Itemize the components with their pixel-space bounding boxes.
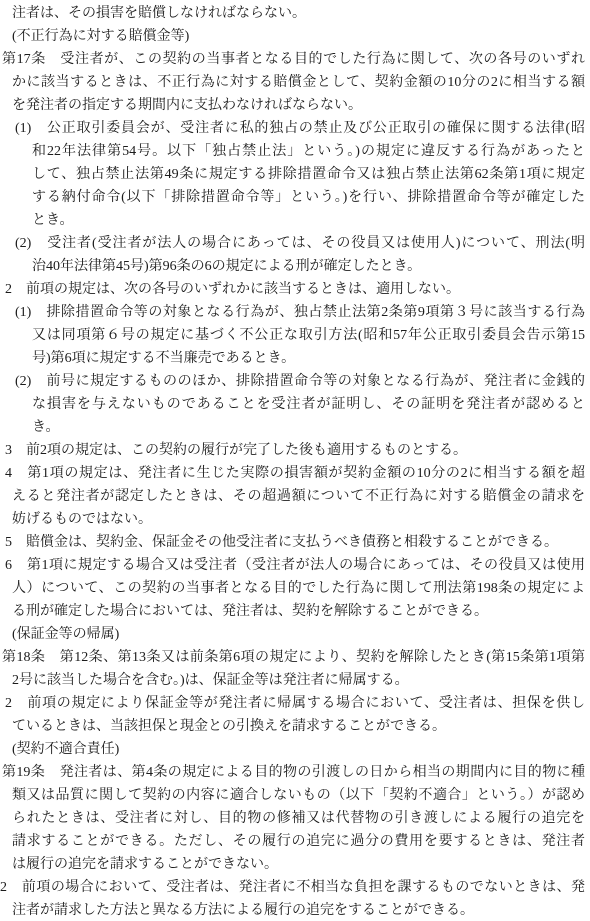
paragraph-continuation-line: えると発注者が認定したときは、その超過額について不正行為に対する賠償金の請求を — [12, 485, 585, 508]
contract-document-page: 注者は、その損害を賠償しなければならない。(不正行為に対する賠償金等)第17条 … — [0, 0, 590, 921]
section-caption-line: (契約不適合責任) — [12, 738, 585, 761]
article-head-line: 第17条 受注者が、この契約の当事者となる目的でした行為に関して、次の各号のいず… — [2, 48, 585, 71]
paragraph-continuation-line: ているときは、当該担保と現金との引換えを請求することができる。 — [12, 715, 585, 738]
numbered-clause-line: 4 第1項の規定は、発注者に生じた実際の損害額が契約金額の10分の2に相当する額… — [5, 462, 585, 485]
paragraph-continuation-line: は履行の追完を請求することができない。 — [12, 853, 585, 876]
paragraph-continuation-line: 人）について、この契約の当事者となる目的でした行為に関して刑法第198条の規定に… — [12, 577, 585, 600]
article-head-line: 第19条 発注者は、第4条の規定による目的物の引渡しの日から相当の期間内に目的物… — [2, 761, 585, 784]
item-clause-line: (1) 公正取引委員会が、受注者に私的独占の禁止及び公正取引の確保に関する法律(… — [15, 117, 585, 140]
numbered-clause-line: 2 前項の規定により保証金等が発注者に帰属する場合において、受注者は、担保を供し — [5, 692, 585, 715]
item-continuation-line: 治40年法律第45号)第96条の6の規定による刑が確定したとき。 — [32, 255, 585, 278]
item-continuation-line: 和22年法律第54号。以下「独占禁止法」という。)の規定に違反する行為があったと — [32, 140, 585, 163]
paragraph-continuation-line: る刑が確定した場合においては、発注者は、契約を解除することができる。 — [12, 600, 585, 623]
section-caption-line: (保証金等の帰属) — [12, 623, 585, 646]
paragraph-continuation-line: かに該当するときは、不正行為に対する賠償金として、契約金額の10分の2に相当する… — [12, 71, 585, 94]
numbered-clause-line: 2 前項の場合において、受注者は、発注者に不相当な負担を課するものでないときは、… — [0, 876, 585, 899]
item-continuation-line: とき。 — [32, 209, 585, 232]
item-continuation-line: 号)第6項に規定する不当廉売であるとき。 — [32, 347, 585, 370]
section-caption-line: (不正行為に対する賠償金等) — [12, 25, 585, 48]
item-continuation-line: な損害を与えないものであることを受注者が証明し、その証明を発注者が認めると — [32, 393, 585, 416]
numbered-clause-line: 2 前項の規定は、次の各号のいずれかに該当するときは、適用しない。 — [5, 278, 585, 301]
paragraph-continuation-line: 2号に該当した場合を含む。)は、保証金等は発注者に帰属する。 — [12, 669, 585, 692]
paragraph-continuation-line: られたときは、受注者に対し、目的物の修補又は代替物の引き渡しによる履行の追完を — [12, 807, 585, 830]
numbered-clause-line: 6 第1項に規定する場合又は受注者（受注者が法人の場合にあっては、その役員又は使… — [5, 554, 585, 577]
item-continuation-line: き。 — [32, 416, 585, 439]
item-continuation-line: 又は同項第６号の規定に基づく不公正な取引方法(昭和57年公正取引委員会告示第15 — [32, 324, 585, 347]
paragraph-continuation-line: 注者は、その損害を賠償しなければならない。 — [12, 2, 585, 25]
item-continuation-line: する納付命令(以下「排除措置命令等」という。)を行い、排除措置命令等が確定した — [32, 186, 585, 209]
paragraph-continuation-line: を発注者の指定する期間内に支払わなければならない。 — [12, 94, 585, 117]
paragraph-continuation-line: 注者が請求した方法と異なる方法による履行の追完をすることができる。 — [12, 899, 585, 921]
paragraph-continuation-line: 請求することができる。ただし、その履行の追完に過分の費用を要するときは、発注者 — [12, 830, 585, 853]
article-head-line: 第18条 第12条、第13条又は前条第6項の規定により、契約を解除したとき(第1… — [2, 646, 585, 669]
paragraph-continuation-line: 妨げるものではない。 — [12, 508, 585, 531]
paragraph-continuation-line: 類又は品質に関して契約の内容に適合しないもの（以下「契約不適合」という。）が認め — [12, 784, 585, 807]
item-continuation-line: して、独占禁止法第49条に規定する排除措置命令又は独占禁止法第62条第1項に規定 — [32, 163, 585, 186]
numbered-clause-line: 5 賠償金は、契約金、保証金その他受注者に支払うべき債務と相殺することができる。 — [5, 531, 585, 554]
item-clause-line: (2) 受注者(受注者が法人の場合にあっては、その役員又は使用人)について、刑法… — [15, 232, 585, 255]
numbered-clause-line: 3 前2項の規定は、この契約の履行が完了した後も適用するものとする。 — [5, 439, 585, 462]
item-clause-line: (2) 前号に規定するもののほか、排除措置命令等の対象となる行為が、発注者に金銭… — [15, 370, 585, 393]
item-clause-line: (1) 排除措置命令等の対象となる行為が、独占禁止法第2条第9項第３号に該当する… — [15, 301, 585, 324]
